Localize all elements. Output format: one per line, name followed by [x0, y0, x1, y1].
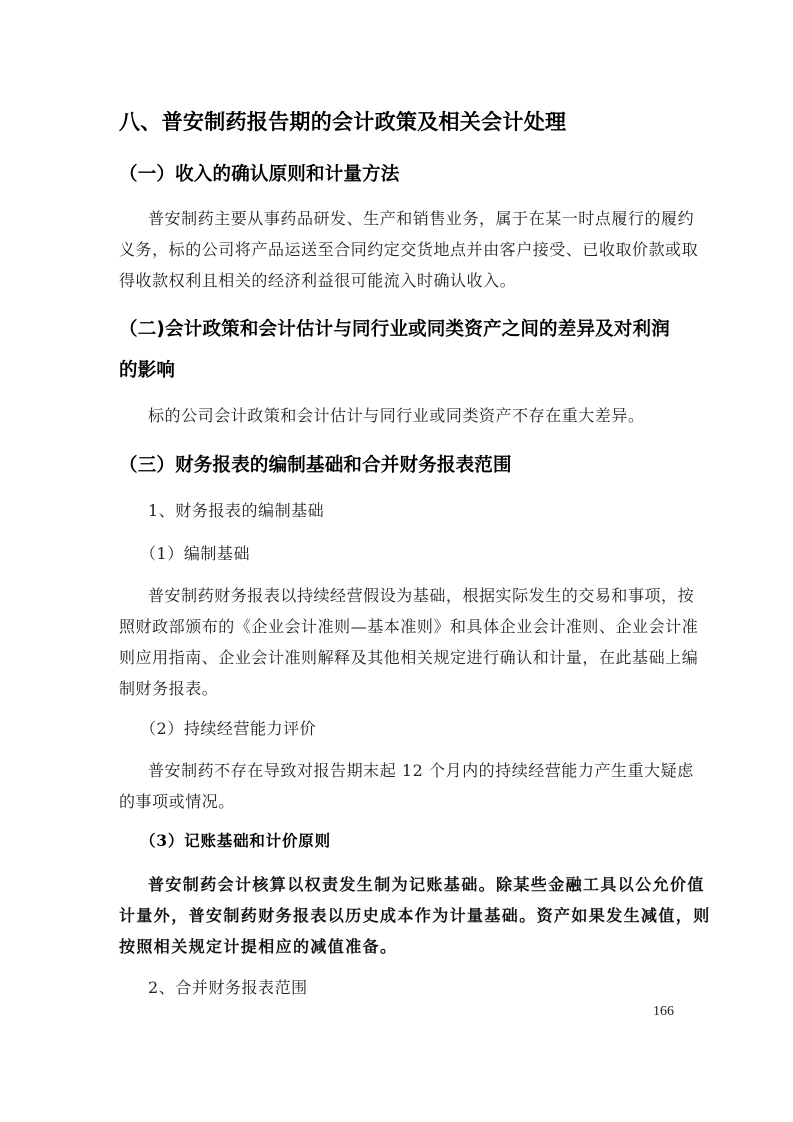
item-label: （1）编制基础: [140, 541, 250, 564]
item-label: （2）持续经营能力评价: [140, 716, 316, 739]
subsection-heading-3: （三）财务报表的编制基础和合并财务报表范围: [119, 451, 512, 477]
subsection-heading-1: （一）收入的确认原则和计量方法: [119, 160, 400, 186]
paragraph-line: 得收款权利且相关的经济利益很可能流入时确认收入。: [119, 268, 516, 291]
paragraph-line: 的事项或情况。: [119, 789, 235, 812]
paragraph-line: 则应用指南、企业会计准则解释及其他相关规定进行确认和计量，在此基础上编: [119, 645, 698, 668]
document-page: 八、普安制药报告期的会计政策及相关会计处理 （一）收入的确认原则和计量方法 普安…: [0, 0, 793, 1122]
paragraph-line: 普安制药不存在导致对报告期末起 12 个月内的持续经营能力产生重大疑虑: [148, 758, 694, 781]
paragraph-line: 制财务报表。: [119, 676, 218, 699]
paragraph-line-bold: 按照相关规定计提相应的减值准备。: [119, 934, 397, 957]
section-title: 八、普安制药报告期的会计政策及相关会计处理: [119, 106, 566, 136]
paragraph-line: 义务，标的公司将产品运送至合同约定交货地点并由客户接受、已收取价款或取: [119, 237, 698, 260]
subsection-heading-2: （二)会计政策和会计估计与同行业或同类资产之间的差异及对利润: [119, 315, 670, 341]
paragraph-line: 普安制药财务报表以持续经营假设为基础，根据实际发生的交易和事项，按: [148, 583, 694, 606]
paragraph-line-bold: 普安制药会计核算以权责发生制为记账基础。除某些金融工具以公允价值: [148, 872, 705, 895]
paragraph-line-bold: 计量外，普安制药财务报表以历史成本作为计量基础。资产如果发生减值，则: [119, 903, 711, 926]
item-label: 2、合并财务报表范围: [148, 975, 308, 998]
paragraph-line: 标的公司会计政策和会计估计与同行业或同类资产不存在重大差异。: [148, 403, 645, 426]
paragraph-line: 照财政部颁布的《企业会计准则—基本准则》和具体企业会计准则、企业会计准: [119, 614, 698, 637]
item-label-bold: （3）记账基础和计价原则: [140, 829, 331, 851]
page-number: 166: [653, 1004, 674, 1020]
item-label: 1、财务报表的编制基础: [148, 498, 324, 521]
subsection-heading-2-cont: 的影响: [119, 356, 175, 382]
paragraph-line: 普安制药主要从事药品研发、生产和销售业务，属于在某一时点履行的履约: [148, 206, 694, 229]
